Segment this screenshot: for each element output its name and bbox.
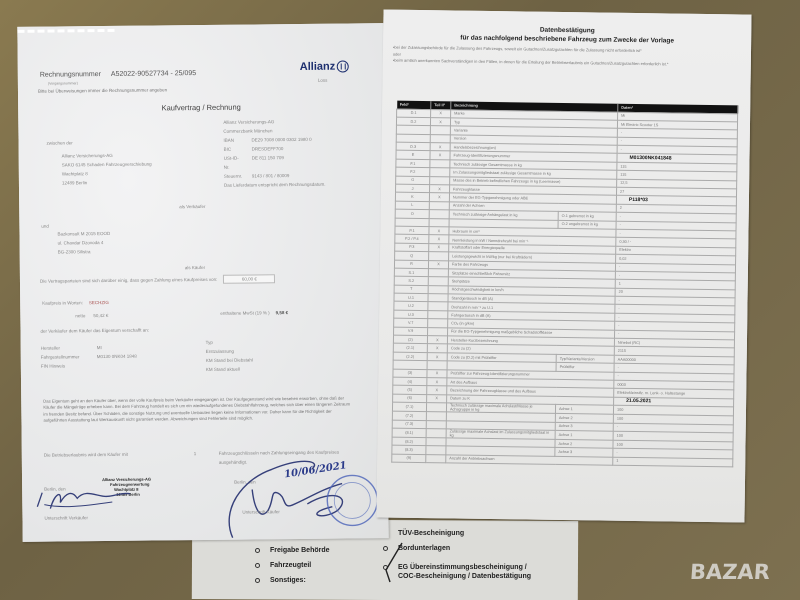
seller-stamp: Allianz Versicherungs-AG Fahrzeugverwert… — [102, 477, 151, 498]
seller-block: zwischen der Allianz Versicherungs-AG SA… — [46, 138, 151, 188]
invoice-number: RechnungsnummerA52022-90527734 - 25/095 — [40, 70, 196, 79]
data-confirmation-document: Datenbestätigung für das nachfolgend bes… — [376, 9, 751, 522]
price-line: Die Vertragsparteien sind sich darüber e… — [40, 274, 275, 285]
price-box: 60,00 € — [223, 274, 275, 284]
check-sonstiges: Sonstiges: — [255, 577, 306, 584]
check-fahrzeugteil: Fahrzeugteil — [255, 562, 311, 569]
invoice-number-sublabel: (Vorgangsnummer) — [48, 81, 78, 85]
invoice-hint: Bitte bei Überweisungen immer die Rechnu… — [38, 87, 167, 93]
buyer-signature-label: Unterschrift Käufer — [242, 507, 280, 516]
check-freigabe: Freigabe Behörde — [255, 547, 330, 554]
datasheet-intro: •bei der Zulassungsbehörde für die Zulas… — [393, 45, 738, 69]
and-label: und — [41, 222, 49, 231]
checkbox-circle-icon — [383, 546, 388, 551]
seller-date-label: Berlin, den — [44, 484, 66, 493]
seller-signature-label: Unterschrift Verkäufer — [44, 513, 88, 522]
buyer-block: Bazkonsult M 2015 EOOD ul. Chavdar Dzovo… — [57, 229, 110, 257]
price-in-words: Kaufpreis in Worten: SECHZIG — [42, 298, 109, 308]
document-title: Kaufvertrag / Rechnung — [18, 101, 384, 114]
check-bordunterlagen: Bordunterlagen — [383, 545, 450, 552]
buyer-role: als Käufer — [185, 263, 205, 272]
check-tuev: TÜV-Bescheinigung — [383, 530, 464, 537]
ownership-text: der Verkäufer dem Käufer das Eigentum ve… — [40, 326, 149, 336]
invoice-document: RechnungsnummerA52022-90527734 - 25/095 … — [17, 23, 388, 542]
buyer-date-label: Berlin, den — [234, 477, 256, 486]
terms-paragraph: Das Eigentum geht an den Käufer über, we… — [43, 395, 353, 423]
vat-line: enthaltene MwSt (19 % ) 9,58 € — [220, 308, 288, 318]
checkbox-circle-icon — [383, 565, 388, 570]
redacted-header — [17, 29, 115, 33]
datasheet-title: Datenbestätigung für das nachfolgend bes… — [383, 24, 751, 46]
allianz-logo: Allianz — [300, 60, 350, 73]
net-price: netto 50,42 € — [75, 311, 108, 320]
vehicle-data-table: Feld¹ Teil II² Bezeichnung Daten³ D.1XMa… — [391, 101, 738, 468]
allianz-eagle-icon — [337, 60, 349, 72]
vehicle-details-right: Typ Erstzulassung KM Stand bei Diebstahl… — [206, 337, 253, 373]
brand-sub: Loss — [318, 76, 328, 85]
checkbox-circle-icon — [255, 548, 260, 553]
vehicle-details: HerstellerMI FahrgestellnummerM0130 0NK0… — [41, 343, 137, 371]
checkbox-circle-icon — [255, 563, 260, 568]
bazar-watermark-logo: BAZAR — [689, 560, 771, 584]
bank-block: Allianz Versicherungs-AG Commerzbank Mün… — [223, 117, 325, 190]
checkbox-circle-icon — [255, 578, 260, 583]
seller-role: als Verkäufer — [179, 202, 205, 211]
check-coc: EG Übereinstimmungsbescheinigung /COC-Be… — [383, 563, 531, 581]
